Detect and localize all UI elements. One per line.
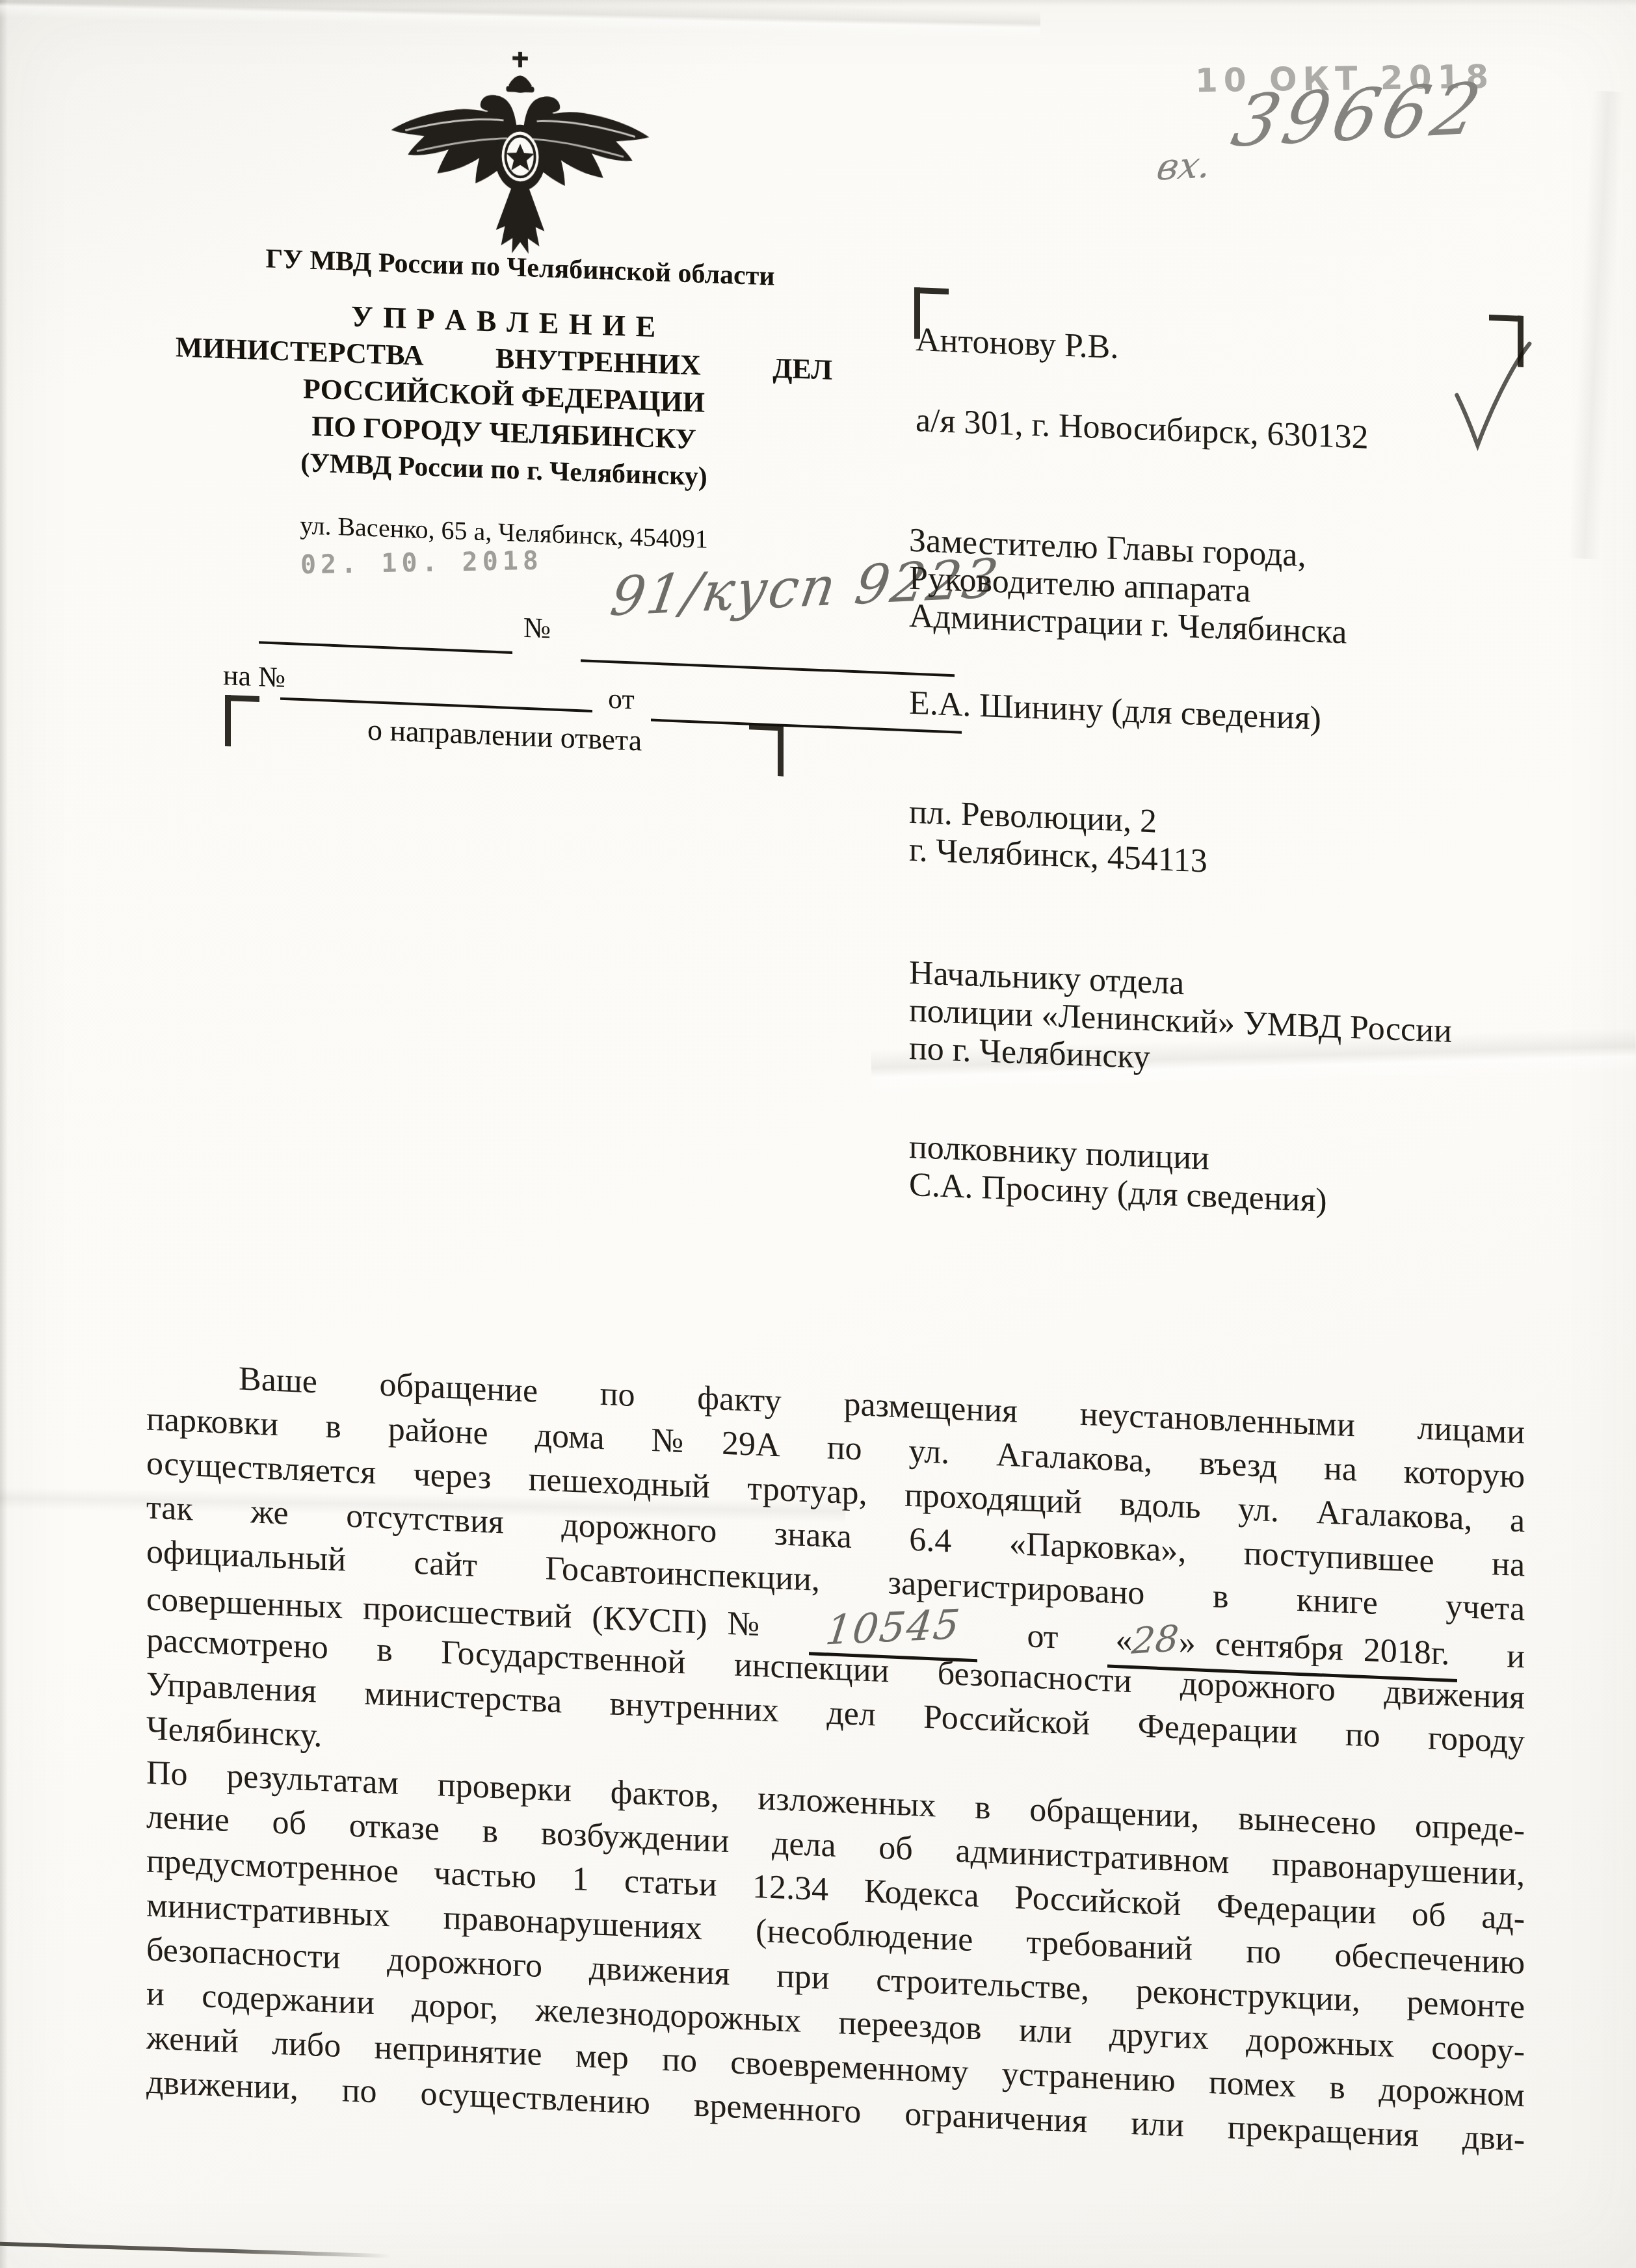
recipient-prosin-position: Начальнику отделаполиции «Ленинский» УМВ… bbox=[909, 954, 1585, 1093]
kusp-number-handwriting: 10545 bbox=[823, 1602, 963, 1653]
letter-body: Ваше обращение по факту размещения неуст… bbox=[146, 1353, 1525, 2163]
quote-open: « bbox=[1115, 1621, 1132, 1659]
incoming-number-handwriting: вх.39662 bbox=[1161, 68, 1485, 166]
paper-edge-shadow-left bbox=[0, 0, 8, 2268]
mvd-double-eagle-emblem-icon bbox=[382, 43, 658, 261]
ruled-line bbox=[259, 641, 512, 654]
scan-edge-line bbox=[0, 2241, 390, 2258]
received-date-stamp: 02. 10. 2018 bbox=[300, 546, 544, 580]
recipient-address: а/я 301, г. Новосибирск, 630132 bbox=[916, 402, 1369, 457]
ruled-line bbox=[581, 659, 955, 677]
kusp-from-label: от bbox=[1027, 1614, 1058, 1660]
recipient-address: пл. Революции, 2г. Челябинск, 454113 bbox=[909, 794, 1559, 894]
recipient-rank-name: полковнику полиции С.А. Просину (для све… bbox=[909, 1128, 1585, 1230]
org-name-block: У П Р А В Л Е Н И Е МИНИСТЕРСТВА ВНУТРЕН… bbox=[176, 291, 832, 501]
recipient-antonov-block: Антонову Р.В. а/я 301, г. Новосибирск, 6… bbox=[914, 287, 1525, 480]
incoming-number-value-handwriting: 39662 bbox=[1225, 68, 1493, 163]
recipient-shinin-position: Заместителю Главы города,Руководителю ап… bbox=[909, 522, 1559, 660]
incoming-prefix-handwriting: вх. bbox=[1154, 144, 1215, 189]
paper-edge-shadow-top bbox=[0, 0, 1636, 7]
quote-close: » bbox=[1179, 1624, 1196, 1662]
subject-line: о направлении ответа bbox=[342, 711, 667, 759]
corner-bracket-right-icon bbox=[749, 723, 784, 776]
on-number-label: на № bbox=[223, 658, 285, 694]
recipient-name: Е.А. Шинину (для сведения) bbox=[909, 684, 1559, 747]
paper-crease bbox=[1568, 90, 1625, 560]
kusp-day-handwriting: 28 bbox=[1131, 1617, 1181, 1664]
recipient-name: Антонову Р.В. bbox=[916, 321, 1118, 367]
corner-bracket-left-icon bbox=[225, 695, 259, 748]
scanned-letter-page: 10 ОКТ 2018 вх.39662 ГУ МВД России по Че… bbox=[0, 0, 1636, 2268]
number-sign-label: № bbox=[523, 611, 551, 645]
corner-bracket-right-icon bbox=[1489, 315, 1524, 367]
kusp-text-tail: и bbox=[1507, 1634, 1525, 1679]
